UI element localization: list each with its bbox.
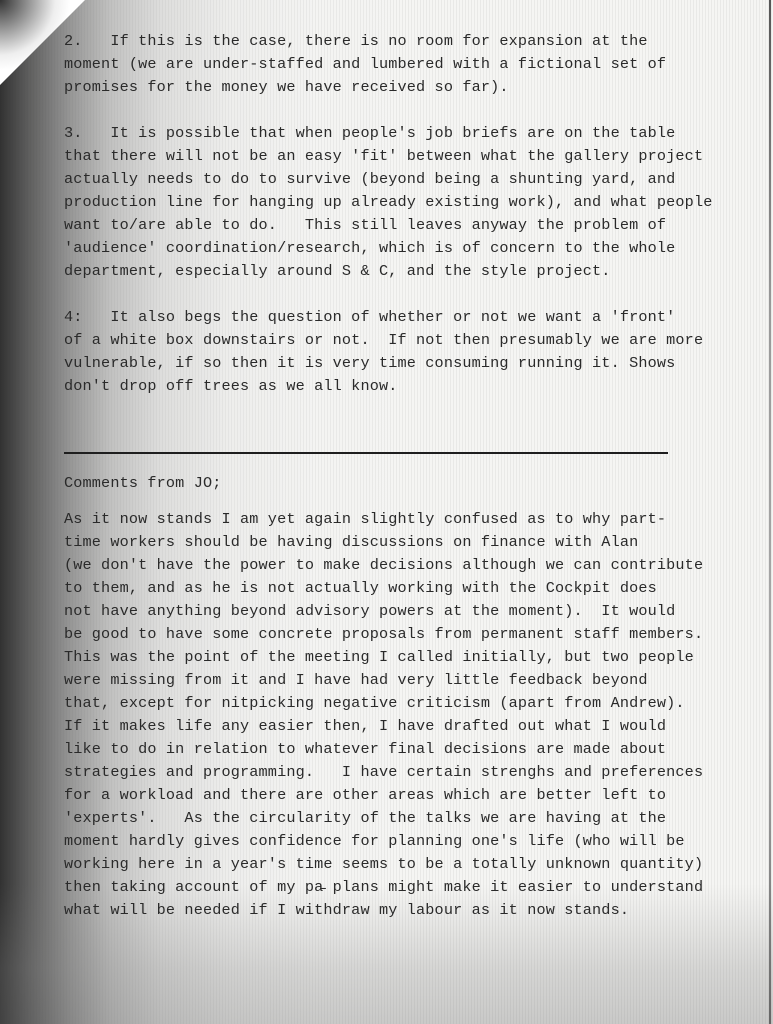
section-divider bbox=[64, 452, 668, 454]
text-line: promises for the money we have received … bbox=[64, 76, 666, 99]
comments-from-jo: As it now stands I am yet again slightly… bbox=[64, 508, 703, 922]
text-line: don't drop off trees as we all know. bbox=[64, 375, 703, 398]
text-line: (we don't have the power to make decisio… bbox=[64, 554, 703, 577]
text-line: 4: It also begs the question of whether … bbox=[64, 306, 703, 329]
text-line: 3. It is possible that when people's job… bbox=[64, 122, 712, 145]
text-line: department, especially around S & C, and… bbox=[64, 260, 712, 283]
text-line: 2. If this is the case, there is no room… bbox=[64, 30, 666, 53]
text-line: that there will not be an easy 'fit' bet… bbox=[64, 145, 712, 168]
comments-heading: Comments from JO; bbox=[64, 472, 222, 495]
text-line: 'experts'. As the circularity of the tal… bbox=[64, 807, 703, 830]
text-line: strategies and programming. I have certa… bbox=[64, 761, 703, 784]
text-line: like to do in relation to whatever final… bbox=[64, 738, 703, 761]
text-line: If it makes life any easier then, I have… bbox=[64, 715, 703, 738]
text-line: were missing from it and I have had very… bbox=[64, 669, 703, 692]
text-line: production line for hanging up already e… bbox=[64, 191, 712, 214]
text-line: moment hardly gives confidence for plann… bbox=[64, 830, 703, 853]
text-line: working here in a year's time seems to b… bbox=[64, 853, 703, 876]
point-4: 4: It also begs the question of whether … bbox=[64, 306, 703, 398]
text-line: what will be needed if I withdraw my lab… bbox=[64, 899, 703, 922]
text-line: This was the point of the meeting I call… bbox=[64, 646, 703, 669]
text-line: time workers should be having discussion… bbox=[64, 531, 703, 554]
text-line: 'audience' coordination/research, which … bbox=[64, 237, 712, 260]
text-line: moment (we are under-staffed and lumbere… bbox=[64, 53, 666, 76]
text-line: As it now stands I am yet again slightly… bbox=[64, 508, 703, 531]
point-3: 3. It is possible that when people's job… bbox=[64, 122, 712, 283]
page-edge bbox=[769, 0, 771, 1024]
text-line: vulnerable, if so then it is very time c… bbox=[64, 352, 703, 375]
typewritten-page: 2. If this is the case, there is no room… bbox=[0, 0, 773, 1024]
text-line: not have anything beyond advisory powers… bbox=[64, 600, 703, 623]
text-line: that, except for nitpicking negative cri… bbox=[64, 692, 703, 715]
text-line: for a workload and there are other areas… bbox=[64, 784, 703, 807]
text-line: then taking account of my pa̵ plans migh… bbox=[64, 876, 703, 899]
text-line: to them, and as he is not actually worki… bbox=[64, 577, 703, 600]
text-line: be good to have some concrete proposals … bbox=[64, 623, 703, 646]
text-line: want to/are able to do. This still leave… bbox=[64, 214, 712, 237]
point-2: 2. If this is the case, there is no room… bbox=[64, 30, 666, 99]
text-line: actually needs to do to survive (beyond … bbox=[64, 168, 712, 191]
text-line: of a white box downstairs or not. If not… bbox=[64, 329, 703, 352]
